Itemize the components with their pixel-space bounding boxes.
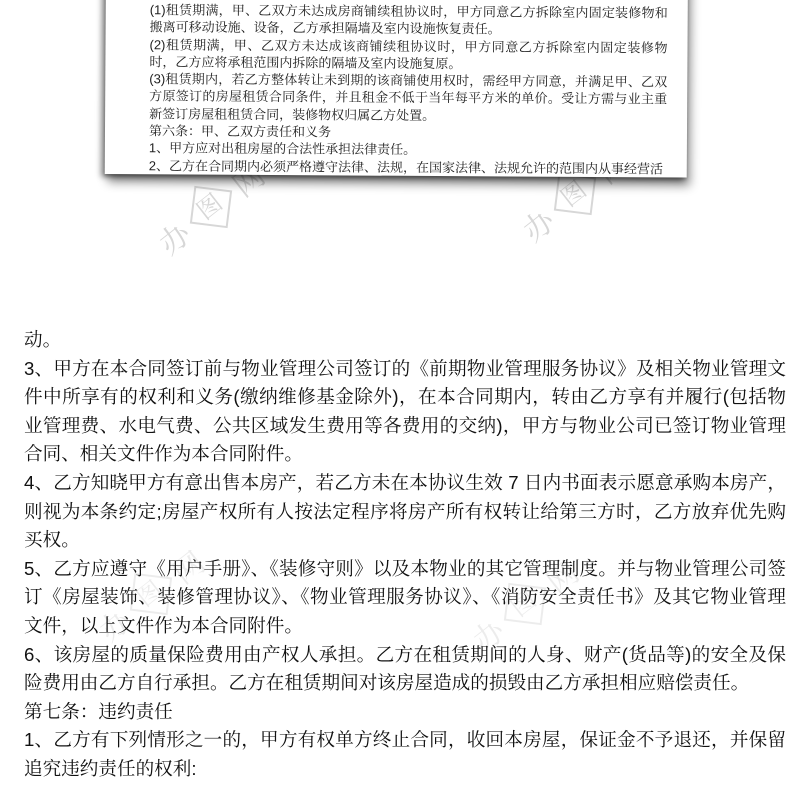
body-item-6: 6、该房屋的质量保险费用由产权人承担。乙方在租赁期间的人身、财产(货品等)的安全… <box>24 641 786 698</box>
contract-body-text: 动。 3、甲方在本合同签订前与物业管理公司签订的《前期物业管理服务协议》及相关物… <box>24 326 786 784</box>
body-article-7-heading: 第七条：违约责任 <box>24 698 786 727</box>
scan-clause-1: (1)租赁期满，甲、乙双方未达成房商铺续租协议时，甲方同意乙方拆除室内固定装修物… <box>150 1 668 39</box>
watermark-char-tu: 图 <box>557 177 592 212</box>
document-preview-page: 办 图 网 办 图 网 办 图 网 办 图 网 (1)租赁期满，甲、乙双方未达成… <box>0 0 800 800</box>
body-item-7-1: 1、乙方有下列情形之一的，甲方有权单方终止合同，收回本房屋，保证金不予退还，并保… <box>24 726 786 783</box>
scan-clause-3: (3)租赁期内，若乙方整体转让未到期的该商铺使用权时，需经甲方同意，并满足甲、乙… <box>149 70 667 125</box>
body-continuation: 动。 <box>24 326 786 355</box>
watermark-char-tu: 图 <box>193 190 228 225</box>
watermark-diamond-icon: 图 <box>554 173 596 215</box>
body-item-4: 4、乙方知晓甲方有意出售本房产，若乙方未在本协议生效 7 日内书面表示愿意承购本… <box>24 469 786 555</box>
scan-clause-2: (2)租赁期满，甲、乙双方未达成该商铺续租协议时，甲方同意乙方拆除室内固定装修物… <box>149 36 667 74</box>
scan-item-2: 2、乙方在合同期内必须严格遵守法律、法规，在国家法律、法规允许的范围内从事经营活 <box>149 157 667 177</box>
scanned-contract-image: (1)租赁期满，甲、乙双方未达成房商铺续租协议时，甲方同意乙方拆除室内固定装修物… <box>105 0 688 178</box>
body-item-5: 5、乙方应遵守《用户手册》、《装修守则》以及本物业的其它管理制度。并与物业管理公… <box>24 555 786 641</box>
body-item-3: 3、甲方在本合同签订前与物业管理公司签订的《前期物业管理服务协议》及相关物业管理… <box>24 355 786 469</box>
watermark-diamond-icon: 图 <box>190 186 232 228</box>
